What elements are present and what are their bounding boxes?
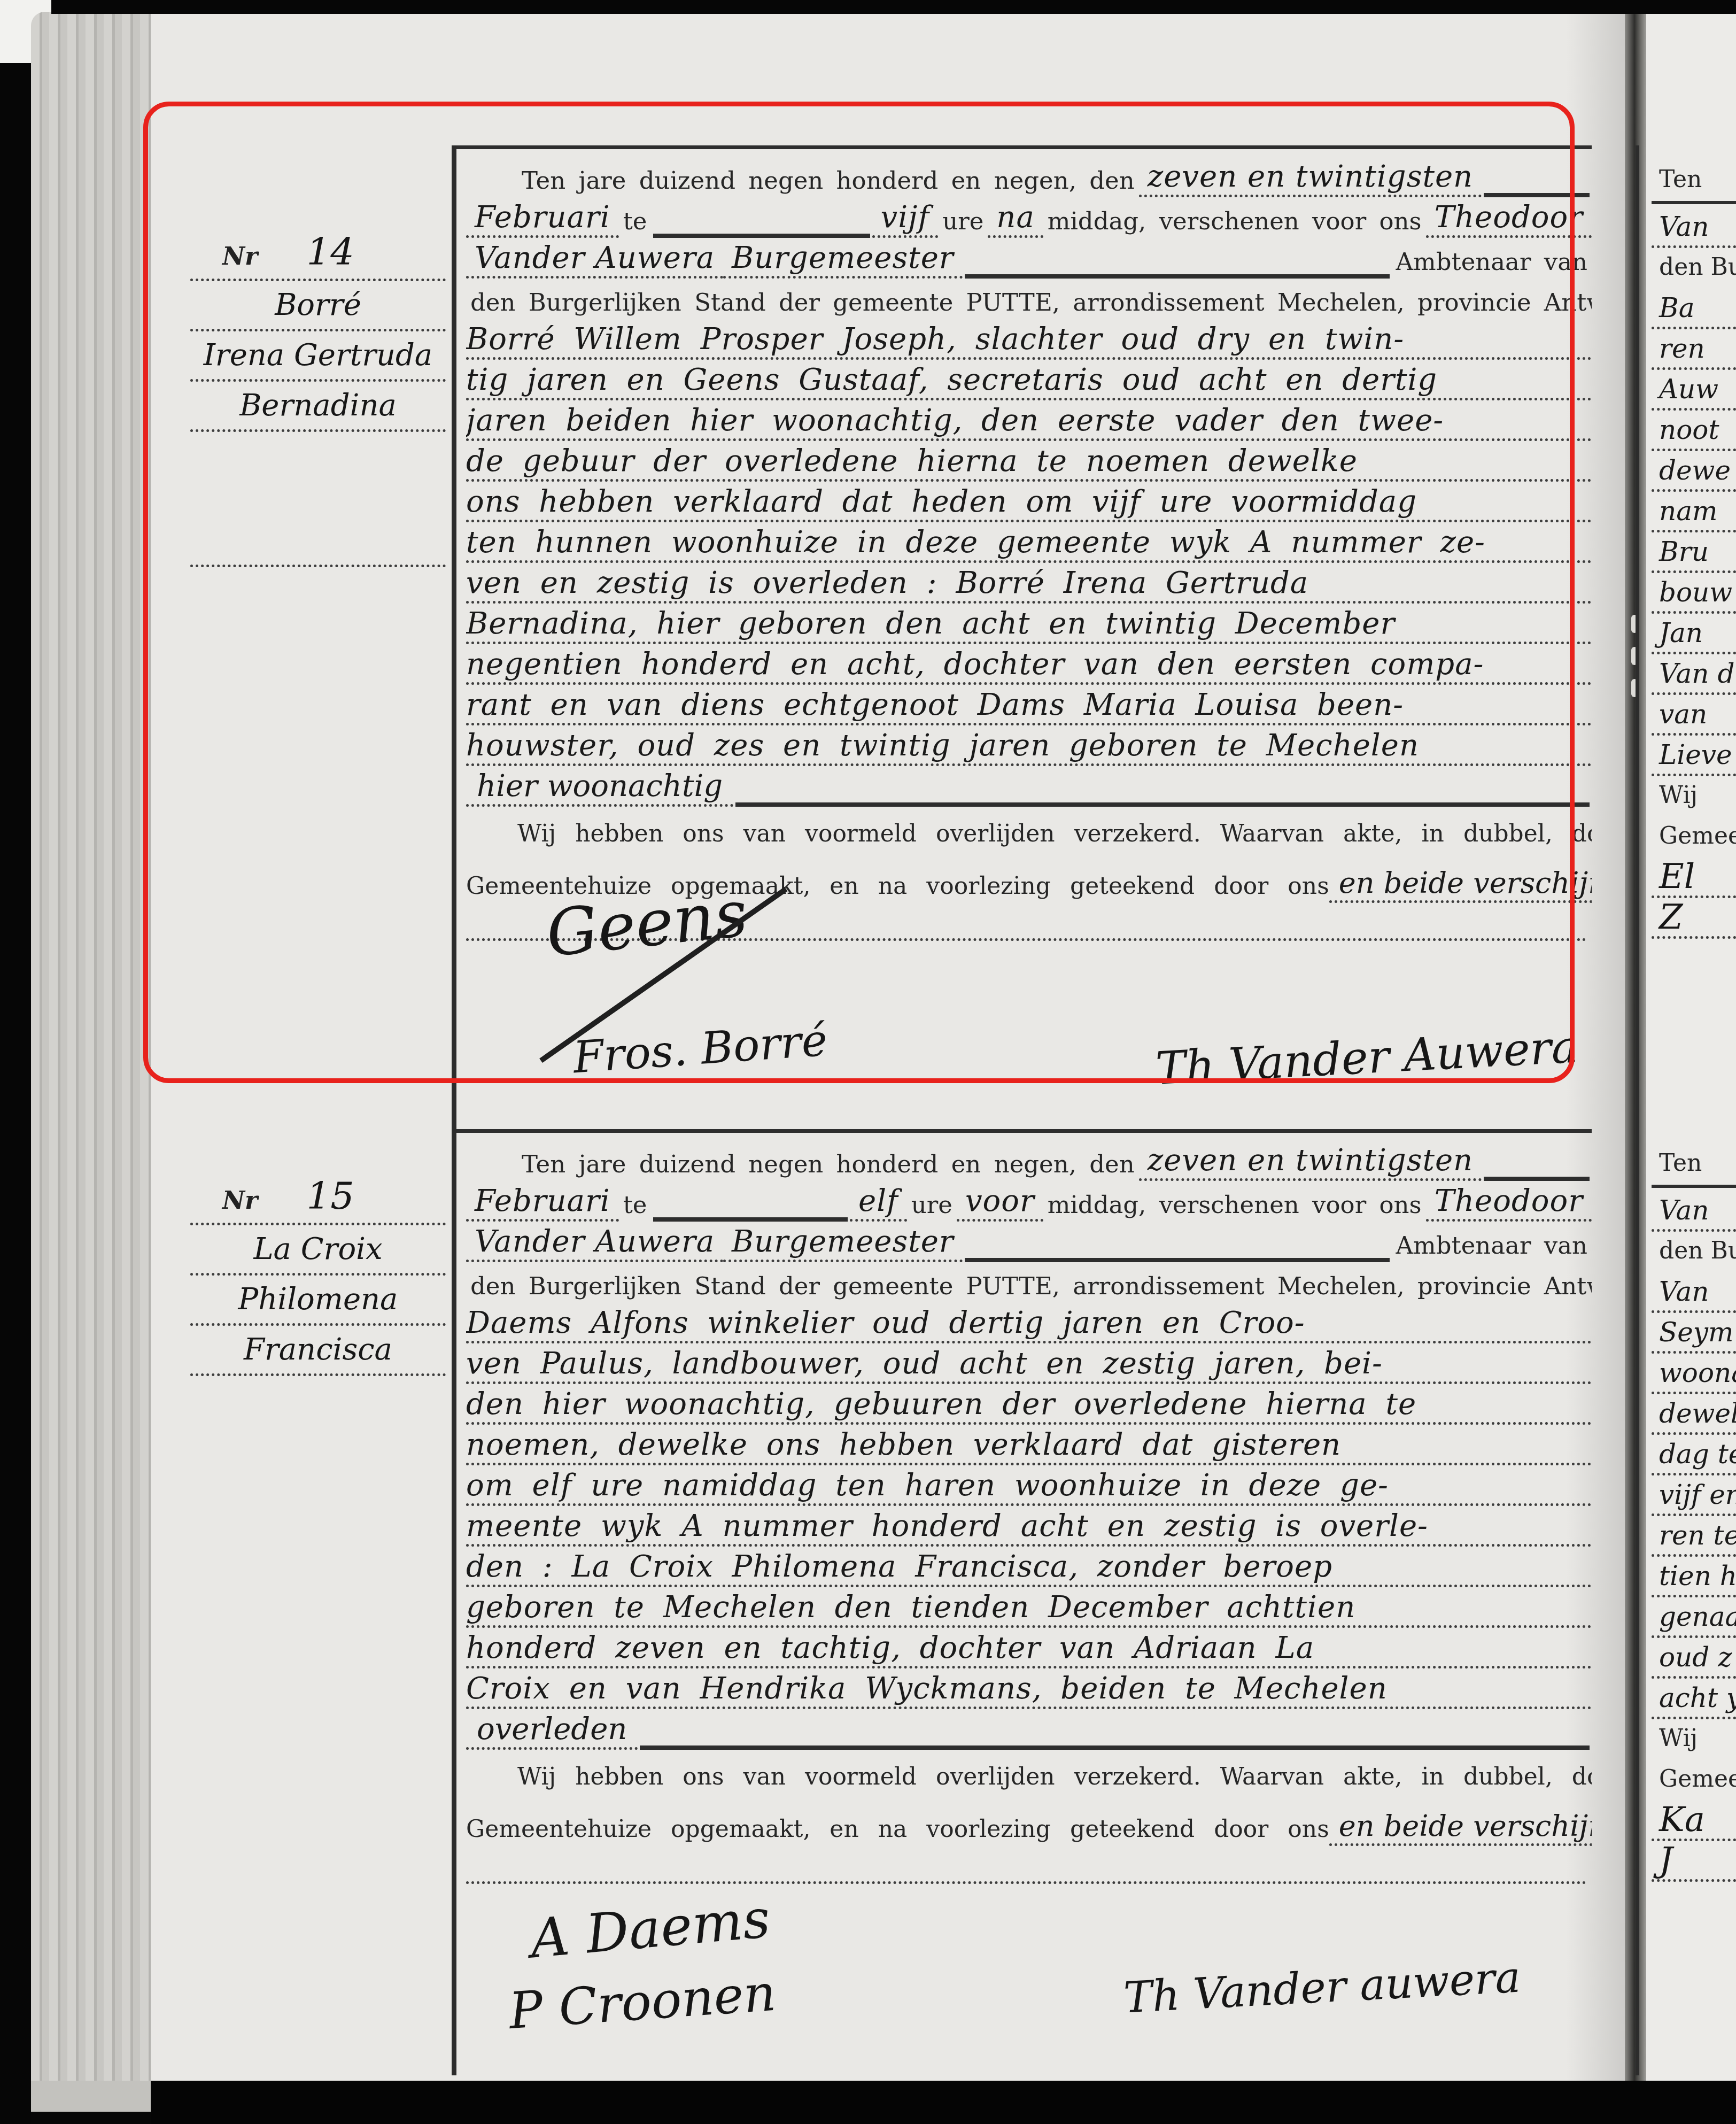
- fragment-line: Ten: [1652, 1144, 1736, 1185]
- record14-closing-line1: Wij hebben ons van voormeld overlijden v…: [466, 811, 1592, 857]
- fragment-line: Ba: [1652, 289, 1736, 329]
- margin-name-line: La Croix: [190, 1225, 446, 1276]
- fragment-line: Wij: [1652, 1719, 1736, 1760]
- rule-fill: [640, 1739, 1590, 1750]
- fragment-line: Ten: [1652, 160, 1736, 201]
- fragment-lines: Vanden BuVanSeymwoonadewelkdag tevijf en…: [1652, 1191, 1736, 1882]
- register-scan: Nr 14 BorréIrena GertrudaBernadina Ten j…: [0, 0, 1736, 2124]
- signature-vander-auwera: Th Vander Auwera: [1154, 1020, 1579, 1094]
- printed-ure: ure: [938, 205, 988, 238]
- record15-body-line: Daems Alfons winkelier oud dertig jaren …: [466, 1303, 1592, 1343]
- handwritten-official-title: Burgemeester: [723, 1224, 963, 1262]
- right-page-record-fragment-1: Ten Vanden BurBarenAuwnootdewenamBrubouw…: [1652, 160, 1736, 939]
- record15-body-line: geboren te Mechelen den tienden December…: [466, 1587, 1592, 1628]
- handwritten-text: en beide verschijners: [1329, 1809, 1592, 1846]
- record15-body-line: noemen, dewelke ons hebben verklaard dat…: [466, 1425, 1592, 1465]
- record-number-line: Nr 15: [190, 1174, 446, 1225]
- fragment-line: Seym: [1652, 1313, 1736, 1354]
- printed-text: Ten jare duizend negen honderd en negen,…: [517, 1148, 1139, 1181]
- fragment-line: Bru: [1652, 532, 1736, 573]
- handwritten-official-title: Burgemeester: [723, 241, 963, 279]
- fragment-line: bouw: [1652, 573, 1736, 614]
- fragment-line: noot: [1652, 411, 1736, 451]
- nr-label: Nr: [222, 1186, 258, 1215]
- book-page-stack-edge: [31, 12, 151, 2091]
- fragment-line: Van d: [1652, 654, 1736, 695]
- scan-bottom-edge: [151, 2081, 1736, 2124]
- handwritten-official-first: Theodoor: [1426, 200, 1592, 238]
- record15-header-line2: Februari te elf ure voor middag, versche…: [466, 1181, 1592, 1222]
- record15-body-line: ven Paulus, landbouwer, oud acht en zest…: [466, 1343, 1592, 1384]
- death-record-14: Ten jare duizend negen honderd en negen,…: [456, 145, 1592, 1130]
- printed-ure: ure: [907, 1188, 957, 1222]
- fragment-line: Auw: [1652, 370, 1736, 411]
- record15-body: Daems Alfons winkelier oud dertig jaren …: [466, 1303, 1592, 1709]
- rule-fill: [1484, 1170, 1590, 1181]
- fragment-line: Lieve: [1652, 736, 1736, 776]
- record14-header-line1: Ten jare duizend negen honderd en negen,…: [466, 157, 1592, 197]
- record14-body-line: jaren beiden hier woonachtig, den eerste…: [466, 400, 1592, 441]
- fragment-line: den Bur: [1652, 248, 1736, 289]
- fragment-line: van: [1652, 695, 1736, 736]
- handwritten-official-last: Vander Auwera: [466, 241, 723, 279]
- printed-text: Ambtenaar van: [1392, 1229, 1592, 1262]
- handwritten-text: hier woonachtig: [466, 769, 733, 807]
- record14-body-line: de gebuur der overledene hierna te noeme…: [466, 441, 1592, 482]
- record14-body-line: houwster, oud zes en twintig jaren gebor…: [466, 725, 1592, 766]
- handwritten-month: Februari: [466, 1184, 619, 1222]
- rule-fill: [653, 227, 870, 238]
- handwritten-ampm: voor: [957, 1184, 1043, 1222]
- margin-name-line: Bernadina: [190, 382, 446, 432]
- printed-text: Ambtenaar van: [1392, 245, 1592, 279]
- rule-fill: [735, 796, 1590, 807]
- record-number-line: Nr 14: [190, 230, 446, 281]
- margin-names: BorréIrena GertrudaBernadina: [190, 281, 446, 432]
- scan-left-edge: [0, 63, 31, 2124]
- record15-header-line4: den Burgerlijken Stand der gemeente PUTT…: [466, 1262, 1592, 1303]
- fragment-line: ren te: [1652, 1516, 1736, 1557]
- record14-body-line: negentien honderd en acht, dochter van d…: [466, 644, 1592, 685]
- fragment-line: Wij: [1652, 776, 1736, 817]
- handwritten-hour: vijf: [872, 200, 939, 238]
- record14-body-line: Bernadina, hier geboren den acht en twin…: [466, 604, 1592, 644]
- fragment-line: acht y: [1652, 1679, 1736, 1719]
- record14-header-line3: Vander Auwera Burgemeester Ambtenaar van: [466, 238, 1592, 279]
- rule-fill: [653, 1211, 848, 1222]
- death-record-15: Ten jare duizend negen honderd en negen,…: [456, 1129, 1592, 2075]
- record14-body: Borré Willem Prosper Joseph, slachter ou…: [466, 319, 1592, 766]
- record15-header-line1: Ten jare duizend negen honderd en negen,…: [466, 1140, 1592, 1181]
- record-top-rule: [1652, 201, 1736, 204]
- printed-te: te: [619, 205, 652, 238]
- rule-fill: [965, 268, 1390, 279]
- nr-label: Nr: [222, 242, 258, 271]
- signature-croonen: P Croonen: [507, 1964, 778, 2041]
- fragment-line: dag te: [1652, 1435, 1736, 1476]
- handwritten-official-first: Theodoor: [1426, 1184, 1592, 1222]
- record14-body-line: rant en van diens echtgenoot Dams Maria …: [466, 685, 1592, 725]
- printed-text: Ten jare duizend negen honderd en negen,…: [517, 164, 1139, 197]
- handwritten-month: Februari: [466, 200, 619, 238]
- fragment-lines: Vanden BurBarenAuwnootdewenamBrubouwJanV…: [1652, 207, 1736, 939]
- record-number: 14: [307, 230, 397, 274]
- printed-text: den Burgerlijken Stand der gemeente PUTT…: [466, 286, 1592, 319]
- handwritten-date: zeven en twintigsten: [1139, 1143, 1482, 1181]
- margin-name-line: Irena Gertruda: [190, 331, 446, 382]
- record14-body-line: Borré Willem Prosper Joseph, slachter ou…: [466, 319, 1592, 360]
- record14-body-line: ven en zestig is overleden : Borré Irena…: [466, 563, 1592, 604]
- rule-fill: [1484, 187, 1590, 197]
- fragment-line: El: [1652, 858, 1736, 898]
- record15-body-line: honderd zeven en tachtig, dochter van Ad…: [466, 1628, 1592, 1669]
- fragment-line: tien h: [1652, 1557, 1736, 1597]
- scan-top-edge: [51, 0, 1736, 14]
- fragment-line: Van: [1652, 1191, 1736, 1232]
- record15-header-line3: Vander Auwera Burgemeester Ambtenaar van: [466, 1222, 1592, 1262]
- record15-body-line: om elf ure namiddag ten haren woonhuize …: [466, 1465, 1592, 1506]
- record14-body-line: ons hebben verklaard dat heden om vijf u…: [466, 482, 1592, 522]
- signature-dotted-line: [466, 1881, 1586, 1884]
- printed-text: den Burgerlijken Stand der gemeente PUTT…: [466, 1270, 1592, 1303]
- record15-signatures: A Daems P Croonen Th Vander auwera: [466, 1846, 1592, 2076]
- fragment-line: Gemeent: [1652, 1760, 1736, 1801]
- record14-body-last-line: hier woonachtig: [466, 766, 1592, 807]
- fragment-line: Ka: [1652, 1801, 1736, 1841]
- printed-text: Gemeentehuize opgemaakt, en na voorlezin…: [466, 1813, 1329, 1846]
- record14-header-line4: den Burgerlijken Stand der gemeente PUTT…: [466, 279, 1592, 319]
- fragment-line: dewe: [1652, 451, 1736, 492]
- fragment-line: Jan: [1652, 614, 1736, 654]
- fragment-line: vijf en: [1652, 1476, 1736, 1516]
- record15-body-last-line: overleden: [466, 1709, 1592, 1750]
- margin-name-line: Philomena: [190, 1276, 446, 1326]
- record-top-rule: [1652, 1185, 1736, 1188]
- record14-body-line: ten hunnen woonhuize in deze gemeente wy…: [466, 522, 1592, 563]
- margin-record-14: Nr 14 BorréIrena GertrudaBernadina: [190, 230, 446, 567]
- record15-closing-line2: Gemeentehuize opgemaakt, en na voorlezin…: [466, 1800, 1592, 1846]
- right-page: Ten Vanden BurBarenAuwnootdewenamBrubouw…: [1646, 14, 1736, 2081]
- margin-divider-rule: [452, 145, 456, 2075]
- fragment-line: woona: [1652, 1354, 1736, 1394]
- right-page-record-fragment-2: Ten Vanden BuVanSeymwoonadewelkdag tevij…: [1652, 1144, 1736, 1882]
- rule-fill: [965, 1252, 1390, 1262]
- fragment-line: dewelk: [1652, 1394, 1736, 1435]
- margin-name-line: Francisca: [190, 1326, 446, 1376]
- fragment-line: Gemeente: [1652, 817, 1736, 858]
- handwritten-ampm: na: [988, 200, 1043, 238]
- record14-header-line2: Februari te vijf ure na middag, verschen…: [466, 197, 1592, 238]
- margin-name-line: Borré: [190, 281, 446, 331]
- record15-closing-line1: Wij hebben ons van voormeld overlijden v…: [466, 1754, 1592, 1800]
- record-number: 15: [307, 1174, 397, 1218]
- record15-body-line: den hier woonachtig, gebuuren der overle…: [466, 1384, 1592, 1425]
- handwritten-text: en beide verschijners: [1329, 866, 1592, 903]
- right-page-edge-rule: [1636, 145, 1639, 2075]
- handwritten-date: zeven en twintigsten: [1139, 159, 1482, 197]
- signature-vander-auwera: Th Vander auwera: [1122, 1952, 1522, 2023]
- margin-record-15: Nr 15 La CroixPhilomenaFrancisca: [190, 1174, 446, 1376]
- record14-body-line: tig jaren en Geens Gustaaf, secretaris o…: [466, 360, 1592, 400]
- margin-names: La CroixPhilomenaFrancisca: [190, 1225, 446, 1376]
- fragment-line: Van: [1652, 1272, 1736, 1313]
- book-page-stack-foot: [31, 2081, 151, 2112]
- fragment-line: genaa: [1652, 1597, 1736, 1638]
- printed-text: middag, verschenen voor ons: [1043, 1188, 1426, 1222]
- fragment-line: J: [1652, 1841, 1736, 1882]
- record15-body-line: Croix en van Hendrika Wyckmans, beiden t…: [466, 1669, 1592, 1709]
- fragment-line: Z: [1652, 898, 1736, 939]
- handwritten-official-last: Vander Auwera: [466, 1224, 723, 1262]
- signature-daems: A Daems: [528, 1887, 773, 1971]
- record15-body-line: meente wyk A nummer honderd acht en zest…: [466, 1506, 1592, 1547]
- signature-borre: Fros. Borré: [571, 1015, 829, 1084]
- fragment-line: den Bu: [1652, 1232, 1736, 1272]
- fragment-line: nam: [1652, 492, 1736, 532]
- printed-text: middag, verschenen voor ons: [1043, 205, 1426, 238]
- record15-body-line: den : La Croix Philomena Francisca, zond…: [466, 1547, 1592, 1587]
- fragment-line: ren: [1652, 329, 1736, 370]
- fragment-line: Van: [1652, 207, 1736, 248]
- handwritten-text: overleden: [466, 1712, 638, 1750]
- fragment-line: oud z: [1652, 1638, 1736, 1679]
- printed-te: te: [619, 1188, 652, 1222]
- handwritten-hour: elf: [850, 1184, 907, 1222]
- record14-signatures: Geens Fros. Borré Th Vander Auwera: [466, 903, 1592, 1117]
- margin-blank-line: [190, 565, 446, 567]
